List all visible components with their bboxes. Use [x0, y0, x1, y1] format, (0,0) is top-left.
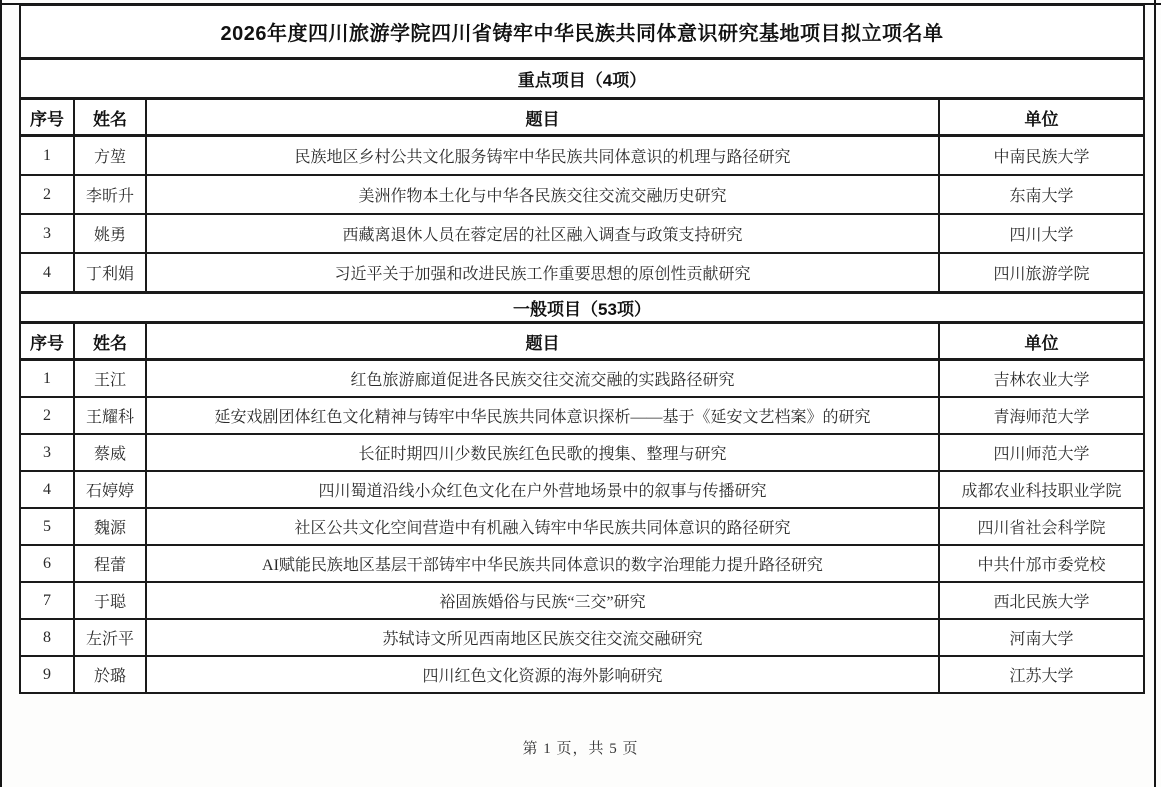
row-seq-cell: 3: [20, 214, 74, 253]
row-title-cell: 四川蜀道沿线小众红色文化在户外营地场景中的叙事与传播研究: [146, 471, 939, 508]
row-unit-cell: 四川省社会科学院: [939, 508, 1144, 545]
row-title-cell: 西藏离退休人员在蓉定居的社区融入调查与政策支持研究: [146, 214, 939, 253]
table-row: 2王耀科延安戏剧团体红色文化精神与铸牢中华民族共同体意识探析——基于《延安文艺档…: [20, 397, 1144, 434]
row-name-cell: 王耀科: [74, 397, 146, 434]
document-title: 2026年度四川旅游学院四川省铸牢中华民族共同体意识研究基地项目拟立项名单: [20, 5, 1144, 59]
row-seq-cell: 4: [20, 253, 74, 293]
row-title-cell: 裕固族婚俗与民族“三交”研究: [146, 582, 939, 619]
row-name-cell: 魏源: [74, 508, 146, 545]
row-title-cell: 习近平关于加强和改进民族工作重要思想的原创性贡献研究: [146, 253, 939, 293]
section-row: 一般项目（53项）: [20, 293, 1144, 323]
column-header-name: 姓名: [74, 323, 146, 360]
projects-table: 2026年度四川旅游学院四川省铸牢中华民族共同体意识研究基地项目拟立项名单 重点…: [19, 4, 1145, 694]
table-row: 4石婷婷四川蜀道沿线小众红色文化在户外营地场景中的叙事与传播研究成都农业科技职业…: [20, 471, 1144, 508]
row-title-cell: 红色旅游廊道促进各民族交往交流交融的实践路径研究: [146, 360, 939, 398]
row-seq-cell: 1: [20, 136, 74, 176]
row-seq-cell: 3: [20, 434, 74, 471]
row-name-cell: 蔡威: [74, 434, 146, 471]
row-name-cell: 姚勇: [74, 214, 146, 253]
row-seq-cell: 1: [20, 360, 74, 398]
row-seq-cell: 5: [20, 508, 74, 545]
table-row: 3姚勇西藏离退休人员在蓉定居的社区融入调查与政策支持研究四川大学: [20, 214, 1144, 253]
row-unit-cell: 青海师范大学: [939, 397, 1144, 434]
row-name-cell: 王江: [74, 360, 146, 398]
row-title-cell: 美洲作物本土化与中华各民族交往交流交融历史研究: [146, 175, 939, 214]
row-seq-cell: 9: [20, 656, 74, 693]
column-header-seq: 序号: [20, 99, 74, 136]
table-row: 3蔡威长征时期四川少数民族红色民歌的搜集、整理与研究四川师范大学: [20, 434, 1144, 471]
row-title-cell: 民族地区乡村公共文化服务铸牢中华民族共同体意识的机理与路径研究: [146, 136, 939, 176]
row-title-cell: 长征时期四川少数民族红色民歌的搜集、整理与研究: [146, 434, 939, 471]
table-row: 8左沂平苏轼诗文所见西南地区民族交往交流交融研究河南大学: [20, 619, 1144, 656]
row-name-cell: 程蕾: [74, 545, 146, 582]
row-unit-cell: 东南大学: [939, 175, 1144, 214]
row-seq-cell: 4: [20, 471, 74, 508]
table-row: 6程蕾AI赋能民族地区基层干部铸牢中华民族共同体意识的数字治理能力提升路径研究中…: [20, 545, 1144, 582]
row-unit-cell: 江苏大学: [939, 656, 1144, 693]
column-header-title: 题目: [146, 323, 939, 360]
row-seq-cell: 7: [20, 582, 74, 619]
table-row: 1王江红色旅游廊道促进各民族交往交流交融的实践路径研究吉林农业大学: [20, 360, 1144, 398]
row-unit-cell: 四川大学: [939, 214, 1144, 253]
row-name-cell: 石婷婷: [74, 471, 146, 508]
section-header: 重点项目（4项）: [20, 59, 1144, 99]
row-title-cell: 社区公共文化空间营造中有机融入铸牢中华民族共同体意识的路径研究: [146, 508, 939, 545]
row-seq-cell: 2: [20, 397, 74, 434]
row-seq-cell: 6: [20, 545, 74, 582]
projects-table-body: 2026年度四川旅游学院四川省铸牢中华民族共同体意识研究基地项目拟立项名单 重点…: [20, 5, 1144, 693]
row-name-cell: 李昕升: [74, 175, 146, 214]
row-title-cell: 延安戏剧团体红色文化精神与铸牢中华民族共同体意识探析——基于《延安文艺档案》的研…: [146, 397, 939, 434]
row-unit-cell: 成都农业科技职业学院: [939, 471, 1144, 508]
row-unit-cell: 中共什邡市委党校: [939, 545, 1144, 582]
row-unit-cell: 四川旅游学院: [939, 253, 1144, 293]
page-number: 第 1 页，共 5 页: [0, 737, 1161, 758]
row-title-cell: 苏轼诗文所见西南地区民族交往交流交融研究: [146, 619, 939, 656]
row-title-cell: 四川红色文化资源的海外影响研究: [146, 656, 939, 693]
row-name-cell: 於璐: [74, 656, 146, 693]
column-header-seq: 序号: [20, 323, 74, 360]
page-edge-left: [0, 0, 2, 787]
row-unit-cell: 中南民族大学: [939, 136, 1144, 176]
table-row: 1方堃民族地区乡村公共文化服务铸牢中华民族共同体意识的机理与路径研究中南民族大学: [20, 136, 1144, 176]
section-header: 一般项目（53项）: [20, 293, 1144, 323]
row-name-cell: 丁利娟: [74, 253, 146, 293]
column-header-row: 序号姓名题目单位: [20, 99, 1144, 136]
row-unit-cell: 吉林农业大学: [939, 360, 1144, 398]
row-name-cell: 于聪: [74, 582, 146, 619]
row-name-cell: 方堃: [74, 136, 146, 176]
table-row: 7于聪裕固族婚俗与民族“三交”研究西北民族大学: [20, 582, 1144, 619]
column-header-name: 姓名: [74, 99, 146, 136]
table-row: 2李昕升美洲作物本土化与中华各民族交往交流交融历史研究东南大学: [20, 175, 1144, 214]
row-seq-cell: 8: [20, 619, 74, 656]
section-row: 重点项目（4项）: [20, 59, 1144, 99]
column-header-unit: 单位: [939, 99, 1144, 136]
row-unit-cell: 四川师范大学: [939, 434, 1144, 471]
row-name-cell: 左沂平: [74, 619, 146, 656]
row-unit-cell: 河南大学: [939, 619, 1144, 656]
column-header-row: 序号姓名题目单位: [20, 323, 1144, 360]
page-edge-right: [1154, 0, 1156, 787]
column-header-unit: 单位: [939, 323, 1144, 360]
table-row: 4丁利娟习近平关于加强和改进民族工作重要思想的原创性贡献研究四川旅游学院: [20, 253, 1144, 293]
table-row: 5魏源社区公共文化空间营造中有机融入铸牢中华民族共同体意识的路径研究四川省社会科…: [20, 508, 1144, 545]
row-seq-cell: 2: [20, 175, 74, 214]
row-unit-cell: 西北民族大学: [939, 582, 1144, 619]
table-row: 9於璐四川红色文化资源的海外影响研究江苏大学: [20, 656, 1144, 693]
row-title-cell: AI赋能民族地区基层干部铸牢中华民族共同体意识的数字治理能力提升路径研究: [146, 545, 939, 582]
column-header-title: 题目: [146, 99, 939, 136]
title-row: 2026年度四川旅游学院四川省铸牢中华民族共同体意识研究基地项目拟立项名单: [20, 5, 1144, 59]
